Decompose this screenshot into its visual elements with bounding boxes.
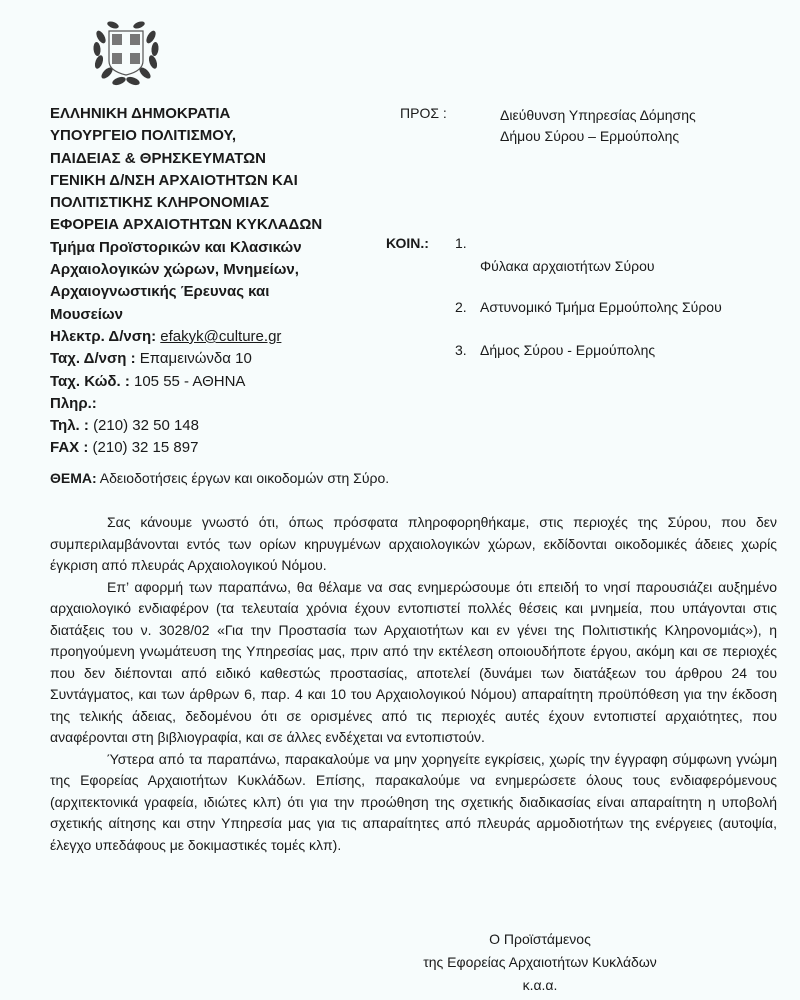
recipient-line: Δήμου Σύρου – Ερμούπολης (500, 126, 696, 147)
cc-number: 2. (455, 299, 480, 315)
recipient-block: Διεύθυνση Υπηρεσίας Δόμησης Δήμου Σύρου … (500, 105, 696, 147)
signature-block: Ο Προϊστάμενος της Εφορείας Αρχαιοτήτων … (380, 928, 700, 997)
fax-value: (210) 32 15 897 (93, 439, 199, 456)
sender-block: ΕΛΛΗΝΙΚΗ ΔΗΜΟΚΡΑΤΙΑ ΥΠΟΥΡΓΕΙΟ ΠΟΛΙΤΙΣΜΟΥ… (50, 103, 322, 460)
cc-item-text: Φύλακα αρχαιοτήτων Σύρου (480, 258, 655, 274)
phone-value: (210) 32 50 148 (93, 417, 199, 434)
dept-line: Αρχαιολογικών χώρων, Μνημείων, (50, 259, 322, 281)
org-line: ΕΦΟΡΕΙΑ ΑΡΧΑΙΟΤΗΤΩΝ ΚΥΚΛΑΔΩΝ (50, 214, 322, 236)
dept-line: Τμήμα Προϊστορικών και Κλασικών (50, 237, 322, 259)
body-paragraph: Ύστερα από τα παραπάνω, παρακαλούμε να μ… (50, 749, 777, 857)
letter-body: Σας κάνουμε γνωστό ότι, όπως πρόσφατα πλ… (50, 512, 777, 856)
cc-item: 2.Αστυνομικό Τμήμα Ερμούπολης Σύρου (455, 299, 722, 315)
phone-row: Τηλ. : (210) 32 50 148 (50, 415, 322, 437)
org-line: ΠΟΛΙΤΙΣΤΙΚΗΣ ΚΛΗΡΟΝΟΜΙΑΣ (50, 192, 322, 214)
subject-line: ΘΕΜΑ: Αδειοδοτήσεις έργων και οικοδομών … (50, 470, 389, 486)
info-label: Πληρ.: (50, 393, 322, 415)
subject-text: Αδειοδοτήσεις έργων και οικοδομών στη Σύ… (100, 470, 389, 486)
signature-title: Ο Προϊστάμενος (380, 928, 700, 951)
org-line: ΕΛΛΗΝΙΚΗ ΔΗΜΟΚΡΑΤΙΑ (50, 103, 322, 125)
cc-item: 3.Δήμος Σύρου - Ερμούπολης (455, 342, 655, 358)
cc-item: 1. (455, 235, 480, 251)
postcode-value: 105 55 - ΑΘΗΝΑ (134, 373, 245, 390)
email-row: Ηλεκτρ. Δ/νση: efakyk@culture.gr (50, 326, 322, 348)
address-value: Επαμεινώνδα 10 (140, 350, 252, 367)
postcode-label: Ταχ. Κώδ. : (50, 373, 130, 390)
cc-item-text: Δήμος Σύρου - Ερμούπολης (480, 342, 655, 358)
fax-label: FAX : (50, 439, 88, 456)
org-line: ΓΕΝΙΚΗ Δ/ΝΣΗ ΑΡΧΑΙΟΤΗΤΩΝ ΚΑΙ (50, 170, 322, 192)
cc-number: 1. (455, 235, 480, 251)
subject-label: ΘΕΜΑ: (50, 470, 97, 486)
cc-label: ΚΟΙΝ.: (386, 235, 429, 251)
postcode-row: Ταχ. Κώδ. : 105 55 - ΑΘΗΝΑ (50, 371, 322, 393)
signature-note: κ.α.α. (380, 974, 700, 997)
address-label: Ταχ. Δ/νση : (50, 350, 136, 367)
org-line: ΥΠΟΥΡΓΕΙΟ ΠΟΛΙΤΙΣΜΟΥ, (50, 125, 322, 147)
email-link[interactable]: efakyk@culture.gr (160, 328, 281, 345)
dept-line: Αρχαιογνωστικής Έρευνας και (50, 281, 322, 303)
cc-item-text: Αστυνομικό Τμήμα Ερμούπολης Σύρου (480, 299, 722, 315)
dept-line: Μουσείων (50, 304, 322, 326)
address-row: Ταχ. Δ/νση : Επαμεινώνδα 10 (50, 348, 322, 370)
phone-label: Τηλ. : (50, 417, 89, 434)
fax-row: FAX : (210) 32 15 897 (50, 437, 322, 459)
recipient-line: Διεύθυνση Υπηρεσίας Δόμησης (500, 105, 696, 126)
cc-number: 3. (455, 342, 480, 358)
email-label: Ηλεκτρ. Δ/νση: (50, 328, 156, 345)
greek-coat-of-arms-icon (91, 15, 161, 87)
signature-org: της Εφορείας Αρχαιοτήτων Κυκλάδων (380, 951, 700, 974)
body-paragraph: Επ’ αφορμή των παραπάνω, θα θέλαμε να σα… (50, 577, 777, 749)
letter-page: ΕΛΛΗΝΙΚΗ ΔΗΜΟΚΡΑΤΙΑ ΥΠΟΥΡΓΕΙΟ ΠΟΛΙΤΙΣΜΟΥ… (0, 0, 800, 1000)
org-line: ΠΑΙΔΕΙΑΣ & ΘΡΗΣΚΕΥΜΑΤΩΝ (50, 148, 322, 170)
body-paragraph: Σας κάνουμε γνωστό ότι, όπως πρόσφατα πλ… (50, 512, 777, 577)
recipient-label: ΠΡΟΣ : (400, 105, 447, 121)
